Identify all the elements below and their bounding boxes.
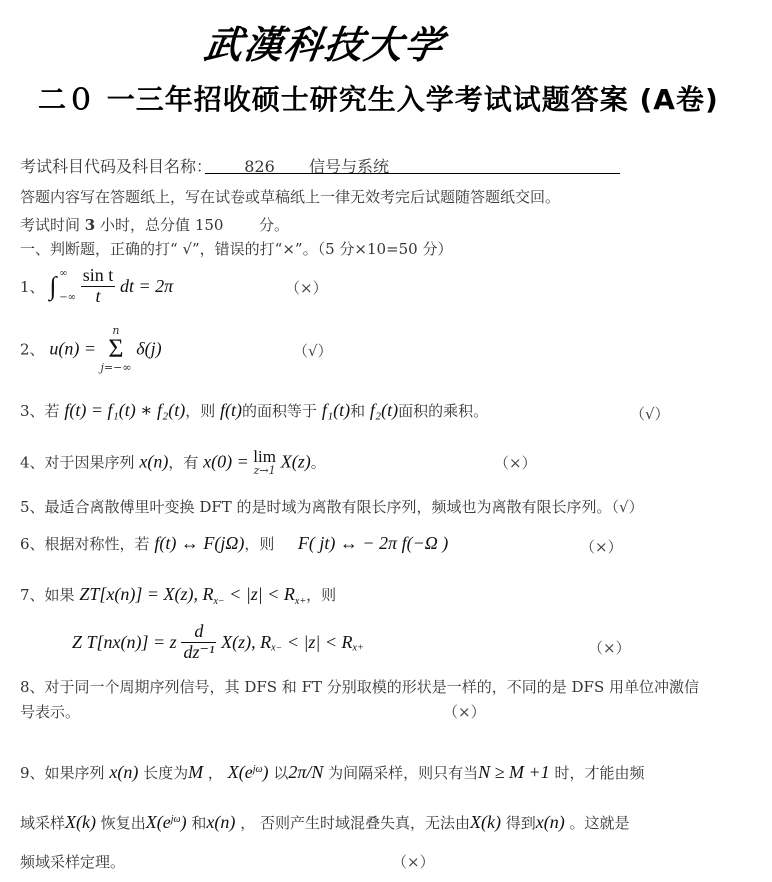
- sigma-symbol: Σ: [100, 336, 131, 362]
- text: 。这就是: [570, 814, 630, 832]
- text: 。: [311, 454, 326, 472]
- numerator: sin t: [81, 266, 116, 287]
- limit: lim z→1: [253, 448, 276, 476]
- question-number: 8、: [20, 678, 45, 696]
- summation: n Σ j=−∞: [100, 325, 131, 373]
- formula: < |z| < R: [225, 584, 295, 604]
- subscript: x−: [213, 596, 224, 607]
- answer-mark-1: （×）: [285, 277, 328, 298]
- question-6: 6、根据对称性，若 f(t) ↔ F(jΩ)，则 F( jt) ↔ − 2π f…: [20, 533, 448, 554]
- formula: ): [181, 812, 187, 832]
- formula: x(n): [536, 812, 565, 832]
- score-unit: 分。: [259, 216, 289, 234]
- text: 面积的乘积。: [398, 402, 488, 420]
- text: 若: [45, 402, 60, 420]
- answer-mark-5: （√）: [612, 498, 644, 516]
- formula: x(0) =: [203, 452, 253, 472]
- text: 对于因果序列: [45, 454, 135, 472]
- formula: f(t): [220, 400, 242, 420]
- superscript: jω: [253, 764, 263, 775]
- question-8: 8、对于同一个周期序列信号，其 DFS 和 FT 分别取模的形状是一样的，不同的…: [20, 676, 699, 697]
- superscript: jω: [171, 814, 181, 825]
- formula-lhs: u(n) =: [49, 339, 100, 359]
- denominator: dz⁻¹: [181, 643, 216, 663]
- answer-mark-2: （√）: [293, 340, 333, 361]
- score-label: 小时，总分值: [100, 216, 190, 234]
- integral-upper: ∞: [59, 269, 76, 279]
- formula: X(z): [281, 452, 311, 472]
- university-logo: 武漢科技大学: [201, 14, 449, 69]
- formula: x(n): [139, 452, 168, 472]
- question-5: 5、最适合离散傅里叶变换 DFT 的是时域为离散有限长序列，频域也为离散有限长序…: [20, 496, 644, 517]
- sum-lower: j=−∞: [100, 362, 131, 373]
- question-number: 3、: [20, 402, 45, 420]
- formula: F( jt) ↔ − 2π f(−Ω ): [298, 533, 448, 553]
- text: ，: [208, 764, 223, 782]
- question-7-formula: Z T[nx(n)] = z d dz⁻¹ X(z), Rx− < |z| < …: [72, 622, 364, 663]
- fraction: d dz⁻¹: [181, 622, 216, 663]
- subscript: x+: [295, 596, 306, 607]
- text: 和: [350, 402, 365, 420]
- formula-rhs: δ(j): [136, 339, 161, 359]
- formula: x(n): [109, 762, 138, 782]
- formula: X(z), R: [221, 632, 271, 652]
- question-number: 1、: [20, 278, 45, 296]
- text: 的面积等于: [242, 402, 317, 420]
- question-number: 5、: [20, 498, 45, 516]
- question-4: 4、对于因果序列 x(n)，有 x(0) = lim z→1 X(z)。: [20, 448, 326, 476]
- question-number: 7、: [20, 586, 45, 604]
- text: 最适合离散傅里叶变换 DFT 的是时域为离散有限长序列，频域也为离散有限长序列。: [45, 498, 612, 516]
- formula: Z T[nx(n)] = z: [72, 632, 177, 652]
- text: 恢复出: [101, 814, 146, 832]
- question-9-cont: 域采样X(k) 恢复出X(ejω) 和x(n) ， 否则产生时域混叠失真，无法由…: [20, 812, 630, 833]
- formula: f₂(t): [370, 400, 398, 420]
- text: 得到: [506, 814, 536, 832]
- formula: f₁(t): [322, 400, 350, 420]
- text: ，则: [185, 402, 215, 420]
- answer-mark-6: （×）: [580, 536, 623, 557]
- formula: X(e: [228, 762, 253, 782]
- question-3: 3、若 f(t) = f₁(t) ∗ f₂(t)，则 f(t)的面积等于 f₁(…: [20, 400, 488, 421]
- question-2: 2、 u(n) = n Σ j=−∞ δ(j): [20, 325, 162, 373]
- question-1: 1、 ∫ ∞ −∞ sin t t dt = 2π: [20, 266, 173, 307]
- text: 时，才能由频: [554, 764, 644, 782]
- text: 对于同一个周期序列信号，其 DFS 和 FT 分别取模的形状是一样的，不同的是 …: [45, 678, 699, 696]
- text: 如果序列: [45, 764, 105, 782]
- formula: < |z| < R: [282, 632, 352, 652]
- section-heading: 一、判断题，正确的打“ √”，错误的打“×”。（5 分×10=50 分）: [20, 238, 452, 259]
- question-9: 9、如果序列 x(n) 长度为M ， X(ejω) 以2π/N 为间隔采样，则只…: [20, 762, 644, 783]
- answer-mark-7: （×）: [588, 637, 631, 658]
- instruction-text: 答题内容写在答题纸上，写在试卷或草稿纸上一律无效考完后试题随答题纸交回。: [20, 186, 560, 207]
- formula: f(t) = f₁(t) ∗ f₂(t): [64, 400, 185, 420]
- text: 根据对称性，若: [45, 535, 150, 553]
- formula: M: [188, 762, 203, 782]
- numerator: d: [181, 622, 216, 643]
- text: 以: [273, 764, 288, 782]
- text: ， 否则产生时域混叠失真，无法由: [240, 814, 470, 832]
- subscript: x−: [271, 642, 282, 653]
- denominator: t: [81, 287, 116, 307]
- answer-mark-3: （√）: [630, 403, 670, 424]
- text: ，则: [244, 535, 274, 553]
- formula-rhs: dt = 2π: [120, 276, 173, 296]
- text: 和: [191, 814, 206, 832]
- answer-mark-4: （×）: [494, 452, 537, 473]
- question-7: 7、如果 ZT[x(n)] = X(z), Rx− < |z| < Rx+，则: [20, 584, 336, 607]
- text: 域采样: [20, 814, 65, 832]
- formula: ZT[x(n)] = X(z), R: [79, 584, 213, 604]
- integral-lower: −∞: [59, 293, 76, 303]
- lim-subscript: z→1: [253, 465, 276, 476]
- answer-mark-9: （×）: [392, 851, 435, 872]
- formula: 2π/N: [288, 762, 323, 782]
- subscript: x+: [353, 642, 364, 653]
- text: 长度为: [143, 764, 188, 782]
- formula: X(k): [470, 812, 501, 832]
- formula: X(e: [146, 812, 171, 832]
- integral-symbol: ∫: [49, 271, 56, 300]
- text: ，有: [168, 454, 198, 472]
- page-title: 二０ 一三年招收硕士研究生入学考试试题答案 (A卷): [38, 78, 719, 118]
- formula: N ≥ M +1: [478, 762, 550, 782]
- formula: x(n): [206, 812, 235, 832]
- text: ，则: [306, 586, 336, 604]
- lim-text: lim: [253, 448, 276, 465]
- question-9-end: 频域采样定理。: [20, 851, 125, 872]
- text: 为间隔采样，则只有当: [328, 764, 478, 782]
- question-number: 2、: [20, 341, 45, 359]
- formula: X(k): [65, 812, 96, 832]
- question-number: 9、: [20, 764, 45, 782]
- text: 如果: [45, 586, 75, 604]
- formula: f(t) ↔ F(jΩ): [154, 533, 244, 553]
- time-score-line: 考试时间 3 小时，总分值 150 分。: [20, 214, 289, 235]
- subject-underline: [205, 173, 620, 174]
- time-label: 考试时间: [20, 216, 80, 234]
- question-8-cont: 号表示。: [20, 701, 80, 722]
- fraction: sin t t: [81, 266, 116, 307]
- answer-mark-8: （×）: [443, 701, 486, 722]
- subject-label: 考试科目代码及科目名称：: [20, 157, 212, 176]
- time-value: 3: [85, 216, 95, 234]
- question-number: 6、: [20, 535, 45, 553]
- formula: ): [263, 762, 269, 782]
- total-score: 150: [195, 216, 224, 234]
- question-number: 4、: [20, 454, 45, 472]
